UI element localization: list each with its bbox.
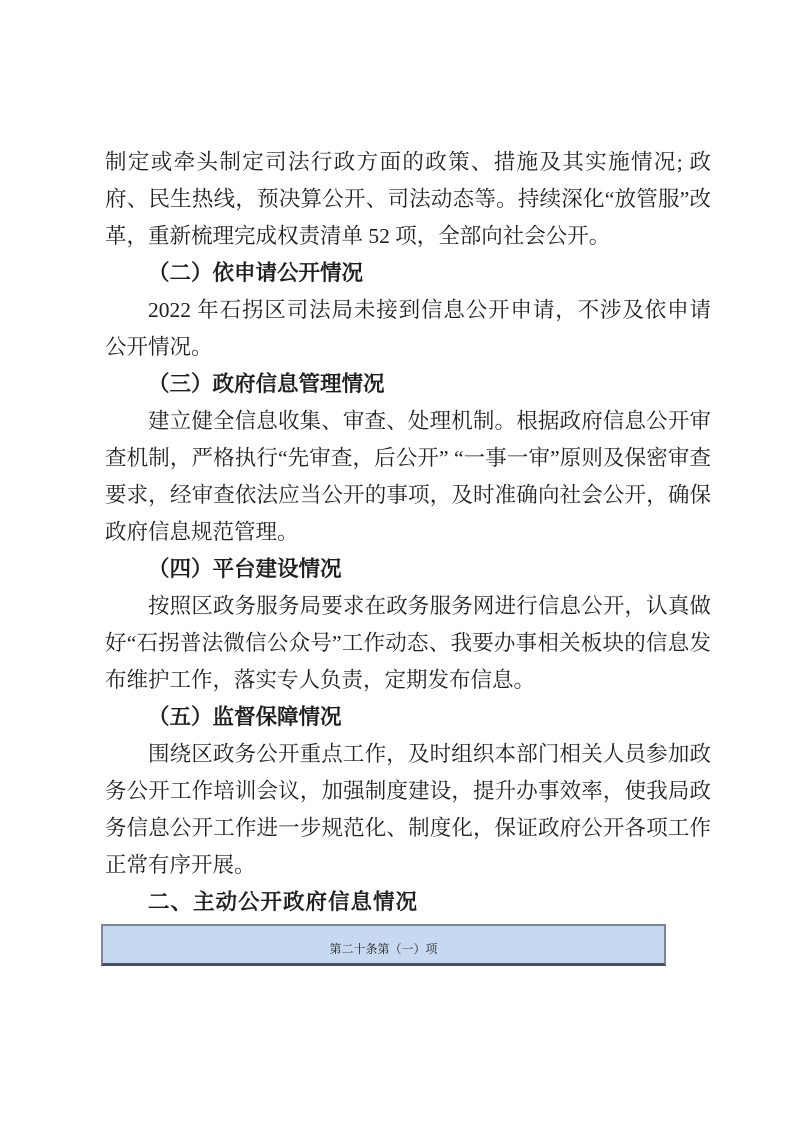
heading-part-2-proactive-disclosure: 二、主动公开政府信息情况 <box>105 884 711 921</box>
heading-section-5-supervision-safeguard: （五）监督保障情况 <box>105 699 711 736</box>
body-paragraph-policy-continued: 制定或牵头制定司法行政方面的政策、措施及其实施情况; 政府、民生热线，预决算公开… <box>105 144 711 255</box>
body-paragraph-info-management: 建立健全信息收集、审查、处理机制。根据政府信息公开审查机制，严格执行“先审查，后… <box>105 403 711 551</box>
table-header-text: 第二十条第（一）项 <box>329 932 437 957</box>
body-paragraph-platform-construction: 按照区政务服务局要求在政务服务网进行信息公开，认真做好“石拐普法微信公众号”工作… <box>105 588 711 699</box>
document-page: 制定或牵头制定司法行政方面的政策、措施及其实施情况; 政府、民生热线，预决算公开… <box>0 0 793 1122</box>
heading-section-3-info-management: （三）政府信息管理情况 <box>105 366 711 403</box>
table-header-cell-article-20: 第二十条第（一）项 <box>101 924 666 966</box>
body-paragraph-by-application: 2022 年石拐区司法局未接到信息公开申请，不涉及依申请公开情况。 <box>105 292 711 366</box>
body-paragraph-supervision-safeguard: 围绕区政务公开重点工作，及时组织本部门相关人员参加政务公开工作培训会议，加强制度… <box>105 736 711 884</box>
document-body: 制定或牵头制定司法行政方面的政策、措施及其实施情况; 政府、民生热线，预决算公开… <box>105 144 711 966</box>
heading-section-4-platform-construction: （四）平台建设情况 <box>105 551 711 588</box>
heading-section-2-by-application: （二）依申请公开情况 <box>105 255 711 292</box>
